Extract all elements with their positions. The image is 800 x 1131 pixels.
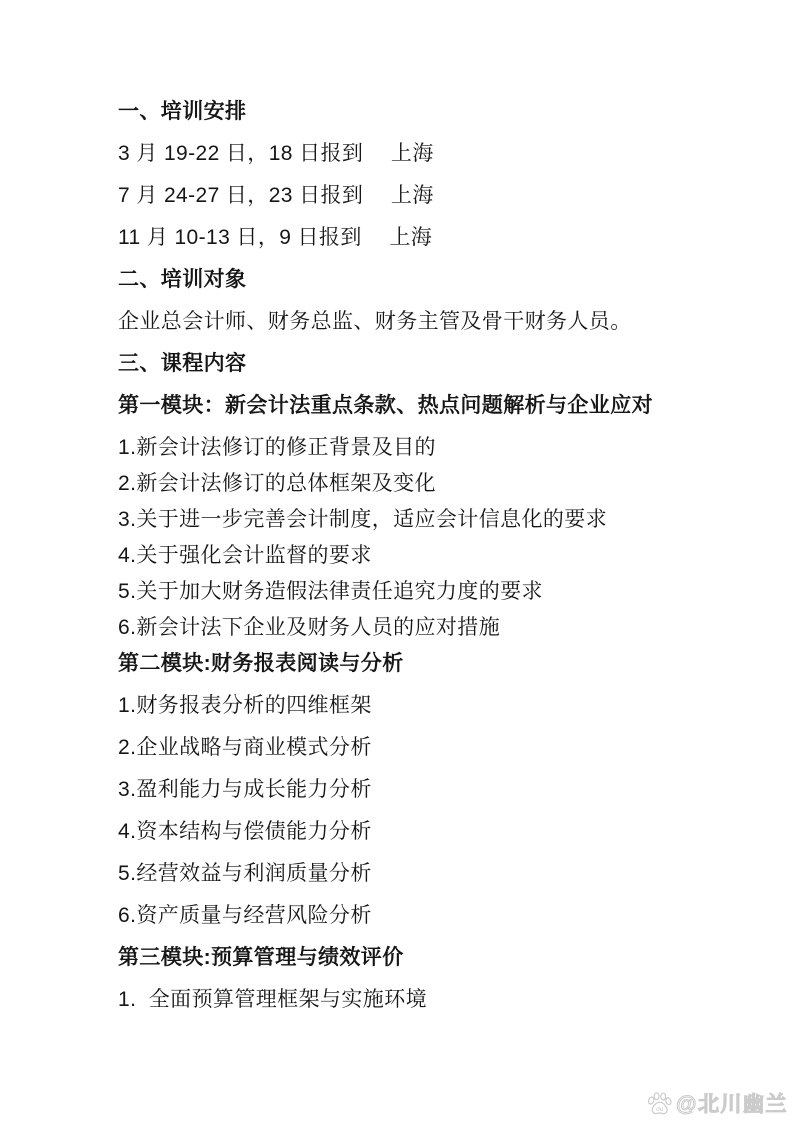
section-heading: 第一模块：新会计法重点条款、热点问题解析与企业应对	[118, 395, 695, 417]
list-item: 3 月 19-22 日，18 日报到 上海	[118, 143, 695, 165]
list-item: 11 月 10-13 日，9 日报到 上海	[118, 227, 695, 249]
list-item: 4.资本结构与偿债能力分析	[118, 821, 695, 843]
list-item: 1.财务报表分析的四维框架	[118, 695, 695, 717]
watermark-text: @北川幽兰	[676, 1088, 788, 1118]
list-item: 4.关于强化会计监督的要求	[118, 545, 695, 567]
section-heading: 一、培训安排	[118, 101, 695, 123]
document-body: 一、培训安排3 月 19-22 日，18 日报到 上海7 月 24-27 日，2…	[118, 101, 695, 1031]
list-item: 2.新会计法修订的总体框架及变化	[118, 473, 695, 495]
document-section: 一、培训安排3 月 19-22 日，18 日报到 上海7 月 24-27 日，2…	[118, 101, 695, 249]
section-heading: 第二模块:财务报表阅读与分析	[118, 653, 695, 675]
watermark: du @北川幽兰	[646, 1088, 788, 1118]
baidu-paw-icon: du	[646, 1090, 673, 1116]
list-item: 3.关于进一步完善会计制度，适应会计信息化的要求	[118, 509, 695, 531]
document-section: 二、培训对象企业总会计师、财务总监、财务主管及骨干财务人员。	[118, 269, 695, 333]
list-item: 5.关于加大财务造假法律责任追究力度的要求	[118, 581, 695, 603]
list-item: 6.资产质量与经营风险分析	[118, 905, 695, 927]
document-section: 第二模块:财务报表阅读与分析1.财务报表分析的四维框架2.企业战略与商业模式分析…	[118, 653, 695, 927]
document-section: 第一模块：新会计法重点条款、热点问题解析与企业应对1.新会计法修订的修正背景及目…	[118, 395, 695, 639]
section-heading: 二、培训对象	[118, 269, 695, 291]
document-section: 第三模块:预算管理与绩效评价1. 全面预算管理框架与实施环境	[118, 947, 695, 1011]
list-item: 2.企业战略与商业模式分析	[118, 737, 695, 759]
list-item: 5.经营效益与利润质量分析	[118, 863, 695, 885]
document-section: 三、课程内容	[118, 353, 695, 375]
list-item: 企业总会计师、财务总监、财务主管及骨干财务人员。	[118, 311, 695, 333]
baidu-paw-du-label: du	[656, 1106, 664, 1113]
section-heading: 三、课程内容	[118, 353, 695, 375]
list-item: 7 月 24-27 日，23 日报到 上海	[118, 185, 695, 207]
list-item: 1. 全面预算管理框架与实施环境	[118, 989, 695, 1011]
list-item: 3.盈利能力与成长能力分析	[118, 779, 695, 801]
list-item: 6.新会计法下企业及财务人员的应对措施	[118, 617, 695, 639]
document-page: 一、培训安排3 月 19-22 日，18 日报到 上海7 月 24-27 日，2…	[0, 0, 800, 1131]
section-heading: 第三模块:预算管理与绩效评价	[118, 947, 695, 969]
list-item: 1.新会计法修订的修正背景及目的	[118, 437, 695, 459]
